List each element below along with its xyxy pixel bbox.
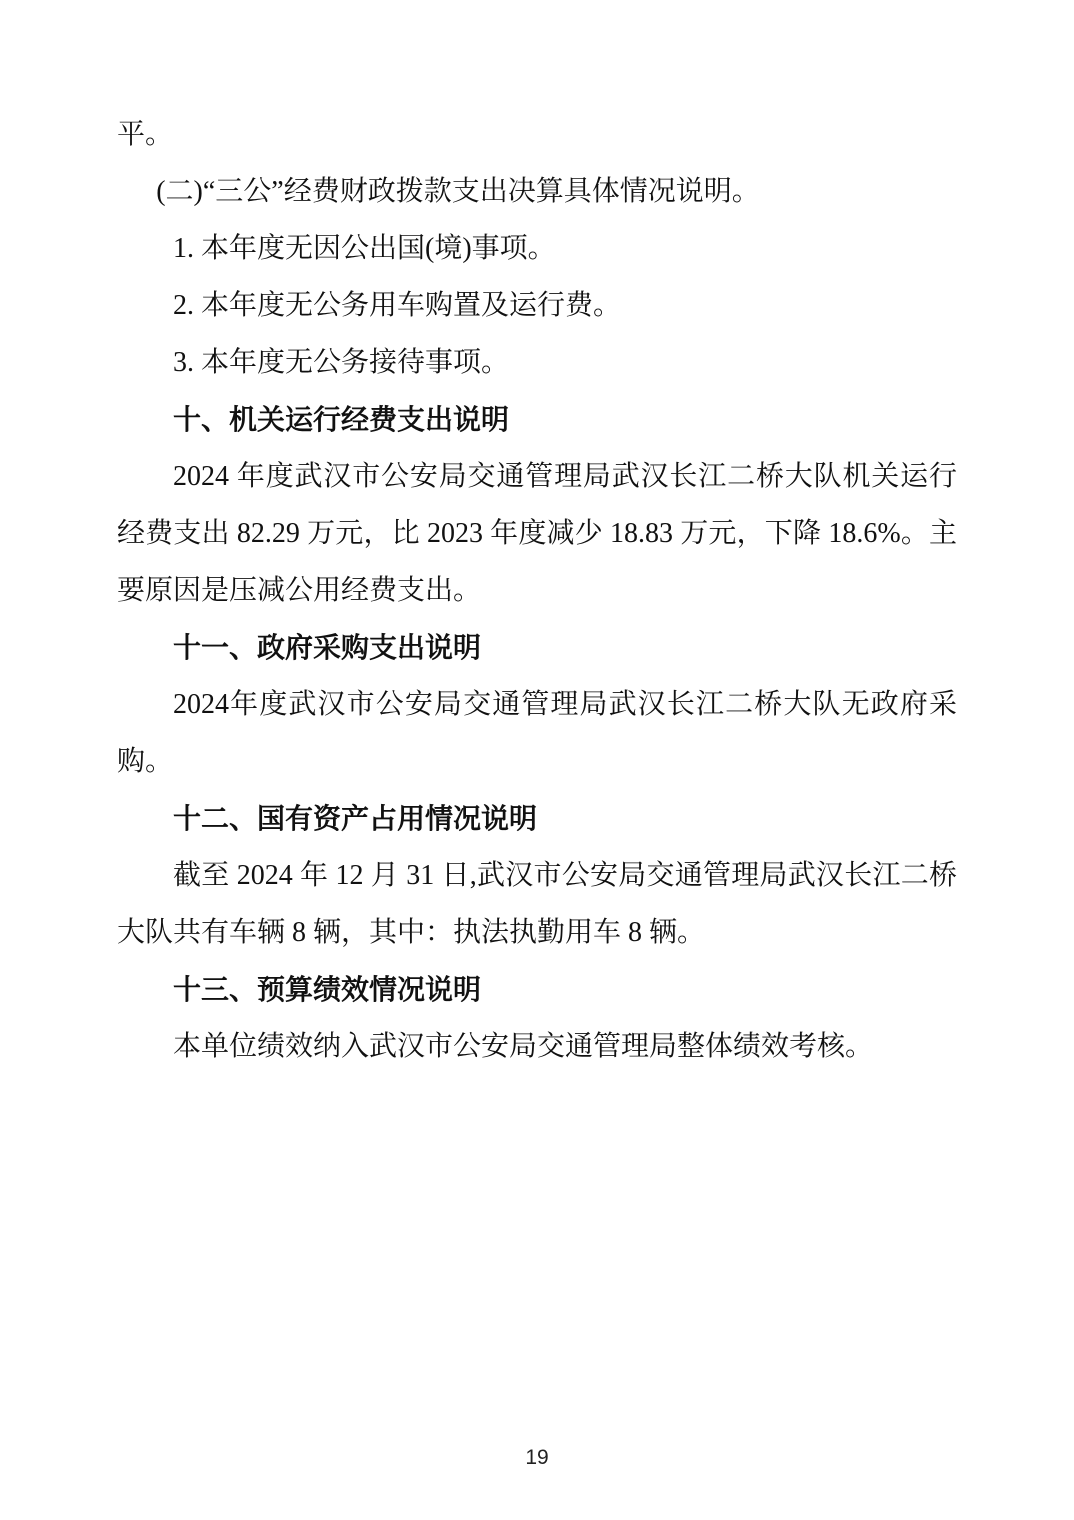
list-item-2: 2. 本年度无公务用车购置及运行费。 [117, 277, 957, 334]
paragraph-section-12: 截至 2024 年 12 月 31 日,武汉市公安局交通管理局武汉长江二桥大队共… [117, 847, 957, 961]
section-heading-11-government-procurement: 十一、政府采购支出说明 [117, 619, 957, 676]
document-body: 平。 (二)“三公”经费财政拨款支出决算具体情况说明。 1. 本年度无因公出国(… [117, 106, 957, 1075]
page-number: 19 [0, 1444, 1074, 1472]
section-heading-13-budget-performance: 十三、预算绩效情况说明 [117, 961, 957, 1018]
paragraph-section-10: 2024 年度武汉市公安局交通管理局武汉长江二桥大队机关运行经费支出 82.29… [117, 448, 957, 619]
list-item-3: 3. 本年度无公务接待事项。 [117, 334, 957, 391]
paragraph-section-13: 本单位绩效纳入武汉市公安局交通管理局整体绩效考核。 [117, 1018, 957, 1075]
document-page: 平。 (二)“三公”经费财政拨款支出决算具体情况说明。 1. 本年度无因公出国(… [0, 0, 1074, 1520]
paragraph-continuation: 平。 [117, 106, 957, 163]
subsection-title-three-public-funds: (二)“三公”经费财政拨款支出决算具体情况说明。 [117, 163, 957, 220]
section-heading-10-operating-expenses: 十、机关运行经费支出说明 [117, 391, 957, 448]
section-heading-12-state-assets: 十二、国有资产占用情况说明 [117, 790, 957, 847]
paragraph-section-11: 2024年度武汉市公安局交通管理局武汉长江二桥大队无政府采购。 [117, 676, 957, 790]
list-item-1: 1. 本年度无因公出国(境)事项。 [117, 220, 957, 277]
